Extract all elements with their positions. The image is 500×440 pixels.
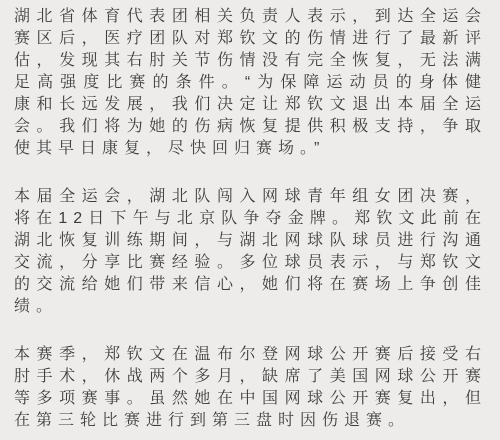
article-paragraph-2: 本届全运会，湖北队闯入网球青年组女团决赛，将在12日下午与北京队争夺金牌。郑钦文…: [14, 186, 487, 318]
article-paragraph-3: 本赛季，郑钦文在温布尔登网球公开赛后接受右肘手术，休战两个多月，缺席了美国网球公…: [14, 344, 487, 432]
article-paragraph-1: 湖北省体育代表团相关负责人表示，到达全运会赛区后，医疗团队对郑钦文的伤情进行了最…: [14, 6, 487, 160]
article-body: 湖北省体育代表团相关负责人表示，到达全运会赛区后，医疗团队对郑钦文的伤情进行了最…: [0, 0, 500, 440]
